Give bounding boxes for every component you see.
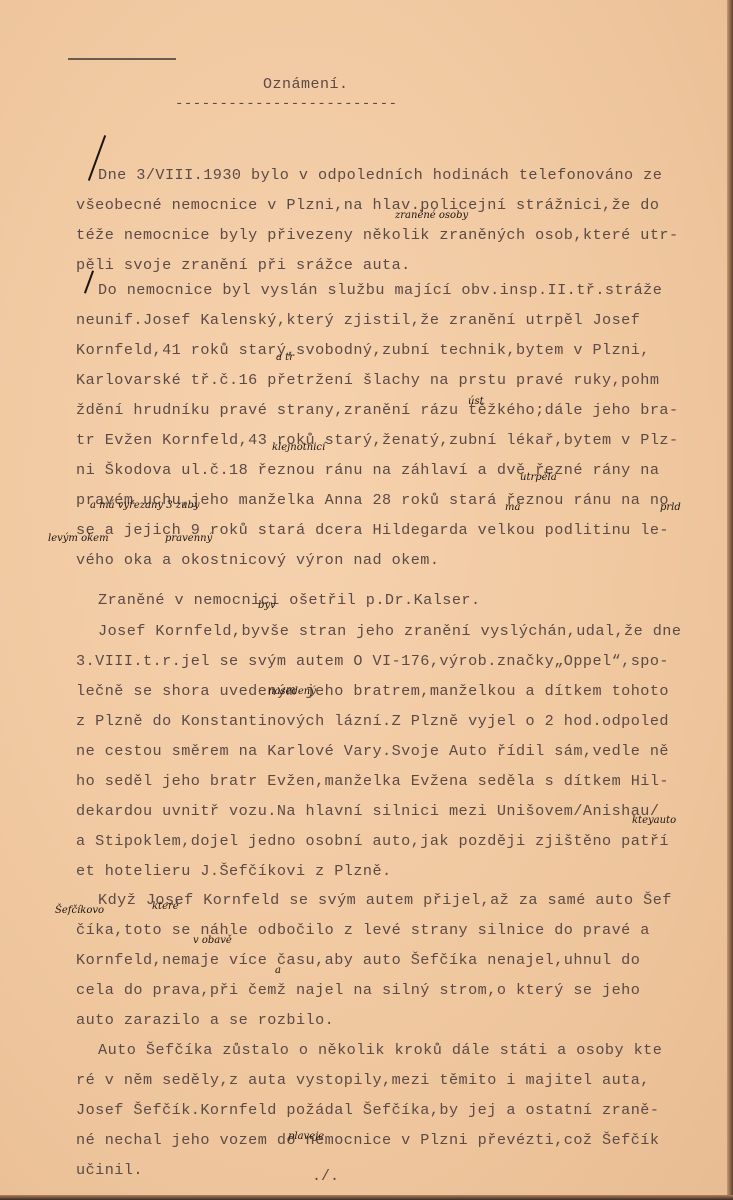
handwritten-note: plaveje [288, 1131, 324, 1142]
text-line: ho seděl jeho bratr Evžen,manželka Evžen… [76, 772, 669, 790]
handwritten-note: klejnotnicí [272, 442, 325, 453]
text-line: téže nemocnice byly přivezeny několik zr… [76, 226, 679, 244]
text-line: Dne 3/VIII.1930 bylo v odpoledních hodin… [98, 166, 662, 184]
handwritten-note: prld [660, 502, 681, 513]
text-line: Josef Kornfeld,byvše stran jeho zranění … [98, 622, 681, 640]
text-line: učinil. [76, 1161, 143, 1179]
handwritten-note: Šefčíkovo [55, 905, 104, 916]
page-continuation-mark: ./. [312, 1168, 339, 1185]
handwritten-note: a má vyřezany 3 zuby [90, 500, 200, 511]
text-line: tr Evžen Kornfeld,43 roků starý,ženatý,z… [76, 431, 679, 449]
handwritten-note: pravenný [165, 533, 212, 544]
text-line: a Stipoklem,dojel jedno osobní auto,jak … [76, 832, 669, 850]
text-line: né nechal jeho vozem do nemocnice v Plzn… [76, 1131, 659, 1149]
text-line: pěli svoje zranění při srážce auta. [76, 256, 411, 274]
text-line: 3.VIII.t.r.jel se svým autem O VI-176,vý… [76, 652, 669, 670]
handwritten-note: kteyauto [632, 815, 676, 826]
title-underline: ------------------------- [175, 96, 398, 112]
handwritten-note: a [275, 965, 281, 976]
text-line: lečně se shora uvedeným jeho bratrem,man… [76, 682, 669, 700]
handwritten-note: nasedený [268, 686, 316, 697]
text-line: auto zarazilo a se rozbilo. [76, 1011, 334, 1029]
text-line: Kornfeld,nemaje více času,aby auto Šefčí… [76, 951, 640, 969]
text-line: et hotelieru J.Šefčíkovi z Plzně. [76, 862, 392, 880]
text-line: Do nemocnice byl vyslán službu mající ob… [98, 281, 662, 299]
text-line: všeobecné nemocnice v Plzni,na hlav.poli… [76, 196, 659, 214]
page-edge [0, 1195, 733, 1200]
text-line: Auto Šefčíka zůstalo o několik kroků dál… [98, 1041, 662, 1059]
text-line: Kornfeld,41 roků starý,svobodný,zubní te… [76, 341, 650, 359]
text-line: Josef Šefčík.Kornfeld požádal Šefčíka,by… [76, 1101, 659, 1119]
handwritten-note: zraněné osoby [395, 210, 468, 221]
page-edge [727, 0, 733, 1200]
document-title: Oznámení. [263, 76, 349, 93]
handwritten-note: v obavě [193, 935, 232, 946]
text-line: z Plzně do Konstantinových lázní.Z Plzně… [76, 712, 669, 730]
text-line: ne cestou směrem na Karlové Vary.Svoje A… [76, 742, 669, 760]
document-page: Oznámení. ------------------------- Dne … [0, 0, 733, 1200]
text-line: neunif.Josef Kalenský,který zjistil,že z… [76, 311, 640, 329]
text-line: Karlovarské tř.č.16 přetržení šlachy na … [76, 371, 659, 389]
handwritten-note: utrpěla [520, 472, 557, 483]
top-pen-mark [68, 58, 176, 60]
text-line: dekardou uvnitř vozu.Na hlavní silnici m… [76, 802, 659, 820]
text-line: ni Škodova ul.č.18 řeznou ránu na záhlav… [76, 461, 659, 479]
text-line: vého oka a okostnicový výron nad okem. [76, 551, 439, 569]
text-line: číka,toto se náhle odbočilo z levé stran… [76, 921, 650, 939]
text-line: ždění hrudníku pravé strany,zranění rázu… [76, 401, 679, 419]
text-line: Zraněné v nemocnici ošetřil p.Dr.Kalser. [98, 591, 481, 609]
handwritten-note: které [152, 901, 179, 912]
text-line: ré v něm seděly,z auta vystopily,mezi tě… [76, 1071, 650, 1089]
handwritten-note: úst [468, 396, 484, 407]
handwritten-note: levým okem [48, 533, 109, 544]
handwritten-note: má [505, 502, 520, 513]
text-line: cela do prava,při čemž najel na silný st… [76, 981, 640, 999]
handwritten-note: a tr [276, 352, 294, 363]
handwritten-note: byv [258, 600, 276, 611]
text-line: Když Josef Kornfeld se svým autem přijel… [98, 891, 672, 909]
